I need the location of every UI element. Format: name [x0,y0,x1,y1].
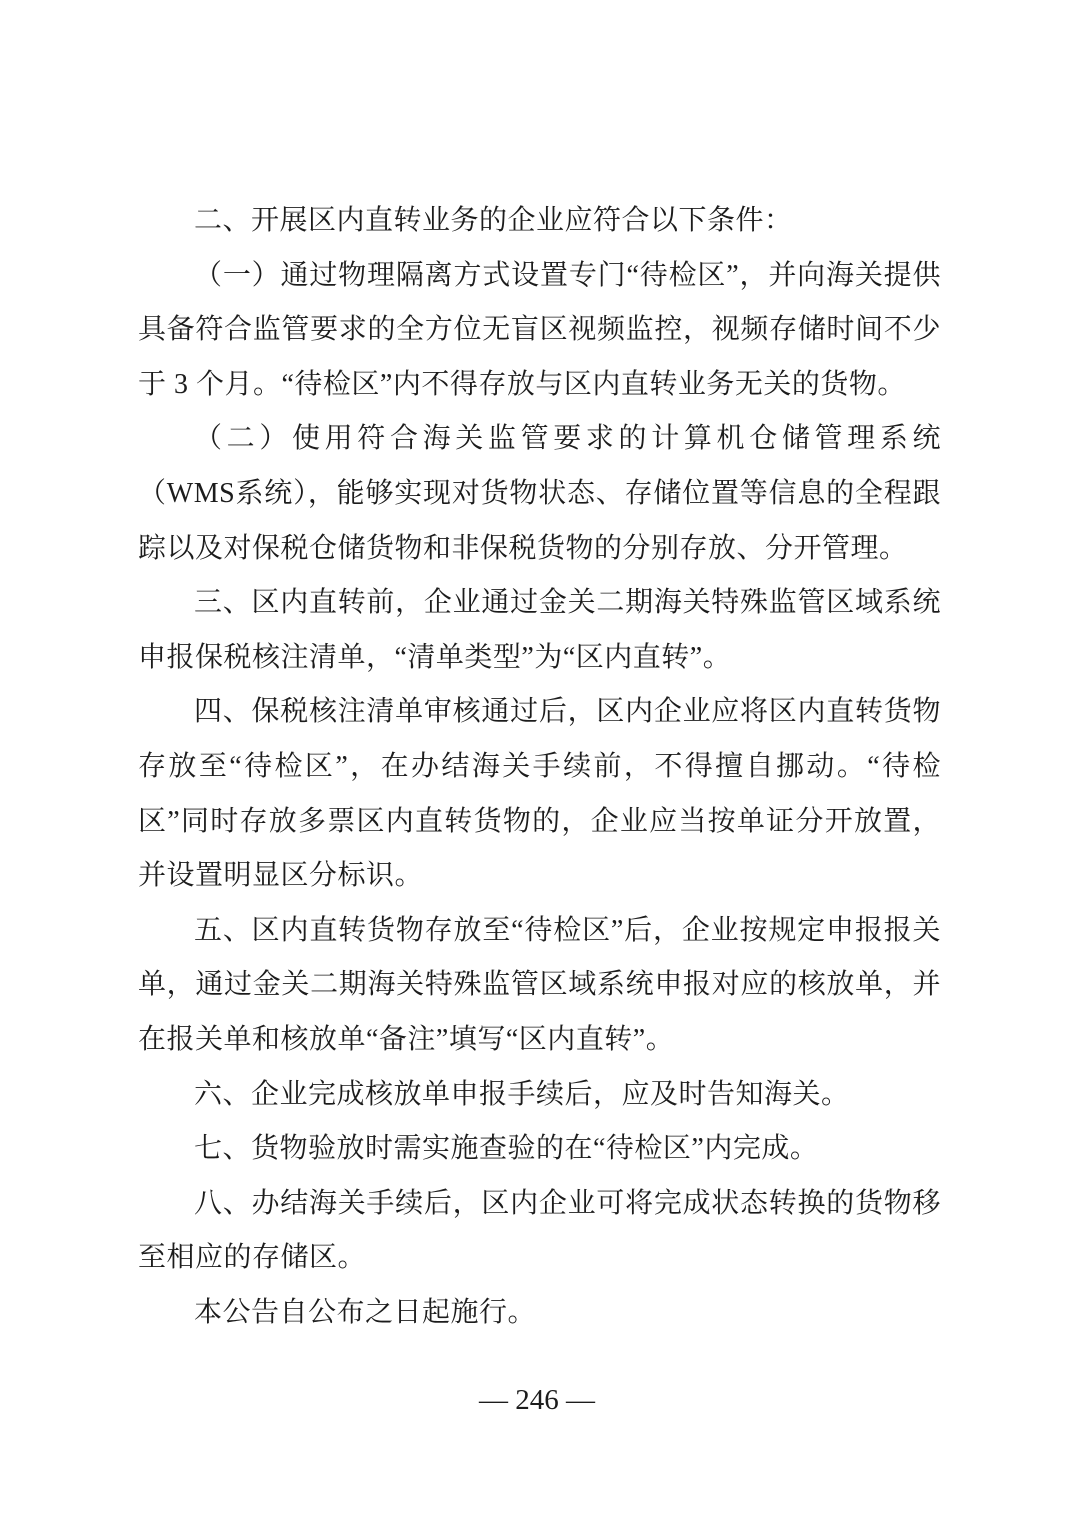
document-body: 二、开展区内直转业务的企业应符合以下条件： （一）通过物理隔离方式设置专门“待检… [138,194,941,1340]
paragraph-condition-1: （一）通过物理隔离方式设置专门“待检区”，并向海关提供具备符合监管要求的全方位无… [138,249,941,413]
document-page: 二、开展区内直转业务的企业应符合以下条件： （一）通过物理隔离方式设置专门“待检… [0,0,1074,1520]
paragraph-item-6: 六、企业完成核放单申报手续后，应及时告知海关。 [138,1068,941,1123]
paragraph-item-2: 二、开展区内直转业务的企业应符合以下条件： [138,194,941,249]
paragraph-condition-2: （二）使用符合海关监管要求的计算机仓储管理系统（WMS系统），能够实现对货物状态… [138,412,941,576]
paragraph-item-7: 七、货物验放时需实施查验的在“待检区”内完成。 [138,1122,941,1177]
page-number: — 246 — [0,1380,1074,1420]
paragraph-item-8: 八、办结海关手续后，区内企业可将完成状态转换的货物移至相应的存储区。 [138,1177,941,1286]
paragraph-effective-date: 本公告自公布之日起施行。 [138,1286,941,1341]
paragraph-item-3: 三、区内直转前，企业通过金关二期海关特殊监管区域系统申报保税核注清单，“清单类型… [138,576,941,685]
paragraph-item-4: 四、保税核注清单审核通过后，区内企业应将区内直转货物存放至“待检区”，在办结海关… [138,685,941,903]
paragraph-item-5: 五、区内直转货物存放至“待检区”后，企业按规定申报报关单，通过金关二期海关特殊监… [138,904,941,1068]
